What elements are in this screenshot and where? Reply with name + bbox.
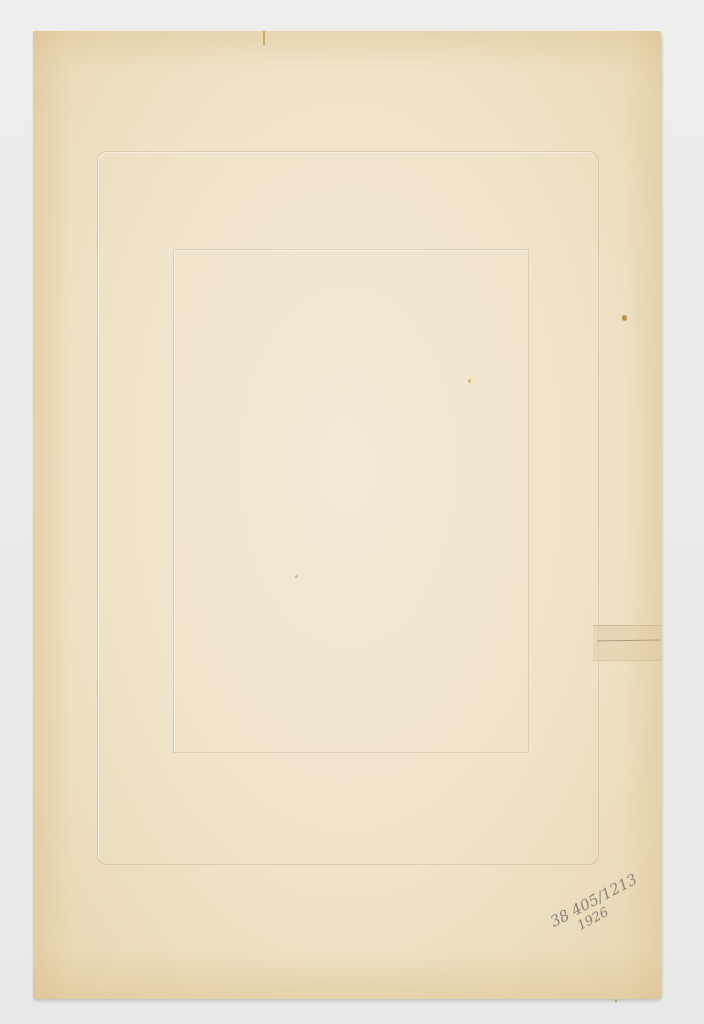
plate-mark-inner [173,249,529,753]
tape-repair [593,625,661,661]
paper-sheet: 38 405/1213 1926 [33,31,661,999]
top-edge-tear [263,31,265,45]
foxing-spot [615,999,617,1003]
foxing-spot [622,315,627,321]
foxing-spot [295,575,298,578]
handwritten-annotation: 38 405/1213 1926 [547,870,647,945]
foxing-spot [468,379,471,383]
